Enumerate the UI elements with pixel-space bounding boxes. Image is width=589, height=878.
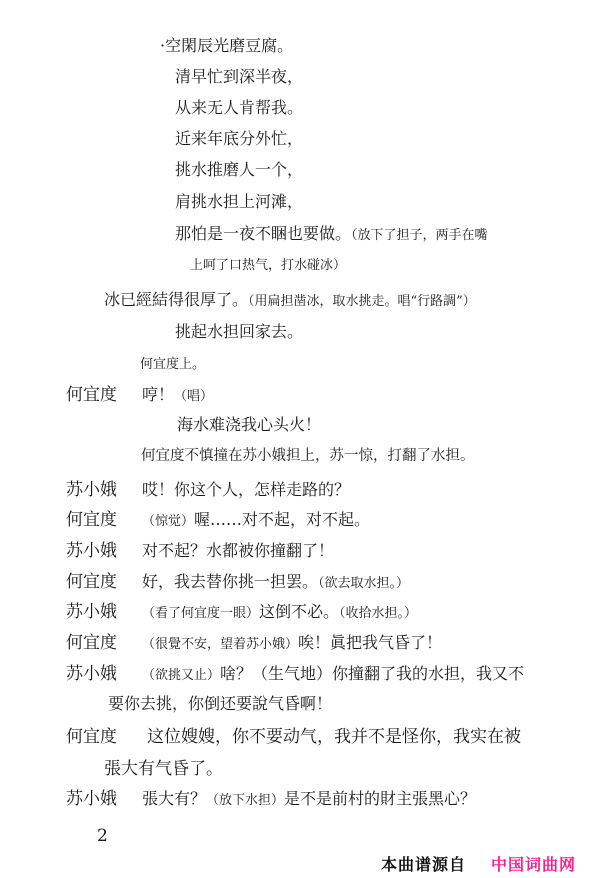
lyric-line-7: 那怕是一夜不睏也要做。（放下了担子，两手在嘴 <box>175 224 488 246</box>
lyric-line-6: 肩挑水担上河滩， <box>175 192 303 212</box>
lyric-line-carry: 挑起水担回家去。 <box>175 322 303 342</box>
dialogue-line: 哎！你这个人，怎样走路的？ <box>142 480 350 502</box>
lyric-line-2: 清早忙到深半夜， <box>175 67 303 87</box>
dialogue-text-cont: （生气地）你撞翻了我的水担，我又不 <box>252 664 524 683</box>
stage-direction: （看了何宜度一眼） <box>142 606 259 621</box>
stage-direction-collide: 何宜度不慎撞在苏小娥担上，苏一惊，打翻了水担。 <box>141 446 475 466</box>
dialogue-text: 哎！你这个人，怎样走路的？ <box>142 480 350 499</box>
dialogue-line: 哼！（唱） <box>142 385 213 407</box>
dialogue-line: 好，我去替你挑一担罢。（欲去取水担。） <box>142 572 409 594</box>
stage-direction: （欲挑又止） <box>142 668 220 683</box>
speaker-label: 苏小娥 <box>66 541 117 561</box>
lyric-line-4: 近来年底分外忙， <box>175 129 303 149</box>
stage-direction: （欲去取水担。） <box>318 576 409 591</box>
speaker-label: 何宜度 <box>66 633 117 653</box>
dialogue-text: 是不是前村的財主張黑心？ <box>284 789 476 808</box>
dialogue-line: （欲挑又止）啥？（生气地）你撞翻了我的水担，我又不 <box>142 664 524 686</box>
speaker-label: 苏小娥 <box>66 664 117 684</box>
stage-direction: （用扁担凿冰，取水挑走。唱“行路調”） <box>248 294 476 309</box>
speaker-label: 何宜度 <box>66 727 117 747</box>
dialogue-text: 唉！眞把我气昏了！ <box>298 633 442 652</box>
lyric-line-5: 挑水推磨人一个， <box>175 160 303 180</box>
lyric-line-1: ·空閑辰光磨豆腐。 <box>160 36 293 56</box>
speaker-label: 苏小娥 <box>66 480 117 500</box>
watermark-source-label: 本曲谱源自 <box>381 852 466 875</box>
stage-direction-cont: 上呵了口热气，打水碰冰） <box>190 256 346 276</box>
speaker-label: 苏小娥 <box>66 602 117 622</box>
song-line: 海水难浇我心头火！ <box>177 415 321 435</box>
lyric-text: 那怕是一夜不睏也要做。 <box>175 224 351 243</box>
dialogue-text: 这倒不必。 <box>259 602 339 621</box>
dialogue-line: 張大有？（放下水担）是不是前村的財主張黑心？ <box>142 789 476 811</box>
dialogue-line: 对不起？水都被你撞翻了！ <box>142 541 334 563</box>
stage-direction: （惊觉） <box>142 514 194 529</box>
dialogue-line: 这位嫂嫂，你不要动气，我并不是怪你，我实在被 <box>147 727 521 747</box>
lyric-text: 冰已經結得很厚了。 <box>104 290 248 309</box>
speaker-label: 何宜度 <box>66 385 117 405</box>
stage-direction: （很覺不安，望着苏小娥） <box>142 637 298 652</box>
lyric-line-ice: 冰已經結得很厚了。（用扁担凿冰，取水挑走。唱“行路調”） <box>104 290 476 312</box>
dialogue-text: 哼！ <box>142 385 174 404</box>
dialogue-text: 对不起？水都被你撞翻了！ <box>142 541 334 560</box>
stage-direction: （收拾水担。） <box>339 606 417 621</box>
speaker-label: 何宜度 <box>66 510 117 530</box>
stage-entrance: 何宜度上。 <box>140 355 205 375</box>
speaker-label: 苏小娥 <box>66 789 117 809</box>
dialogue-line: （看了何宜度一眼）这倒不必。（收拾水担。） <box>142 602 417 624</box>
lyric-line-3: 从来无人肯帮我。 <box>175 98 303 118</box>
dialogue-text: 喔……对不起，对不起。 <box>194 510 370 529</box>
dialogue-text: 好，我去替你挑一担罢。 <box>142 572 318 591</box>
stage-direction: （唱） <box>174 389 213 404</box>
stage-direction: （放下了担子，两手在嘴 <box>351 228 488 243</box>
dialogue-continuation: 張大有气昏了。 <box>104 759 223 779</box>
dialogue-text: 啥？ <box>220 664 252 683</box>
watermark-site-name: 中国词曲网 <box>491 852 576 875</box>
dialogue-line: （很覺不安，望着苏小娥）唉！眞把我气昏了！ <box>142 633 442 655</box>
speaker-label: 何宜度 <box>66 572 117 592</box>
dialogue-line: （惊觉）喔……对不起，对不起。 <box>142 510 370 532</box>
stage-direction: （放下水担） <box>206 793 284 808</box>
dialogue-continuation: 要你去挑，你倒还要說气昏啊！ <box>108 694 332 714</box>
page-number: 2 <box>97 826 108 846</box>
dialogue-text: 張大有？ <box>142 789 206 808</box>
